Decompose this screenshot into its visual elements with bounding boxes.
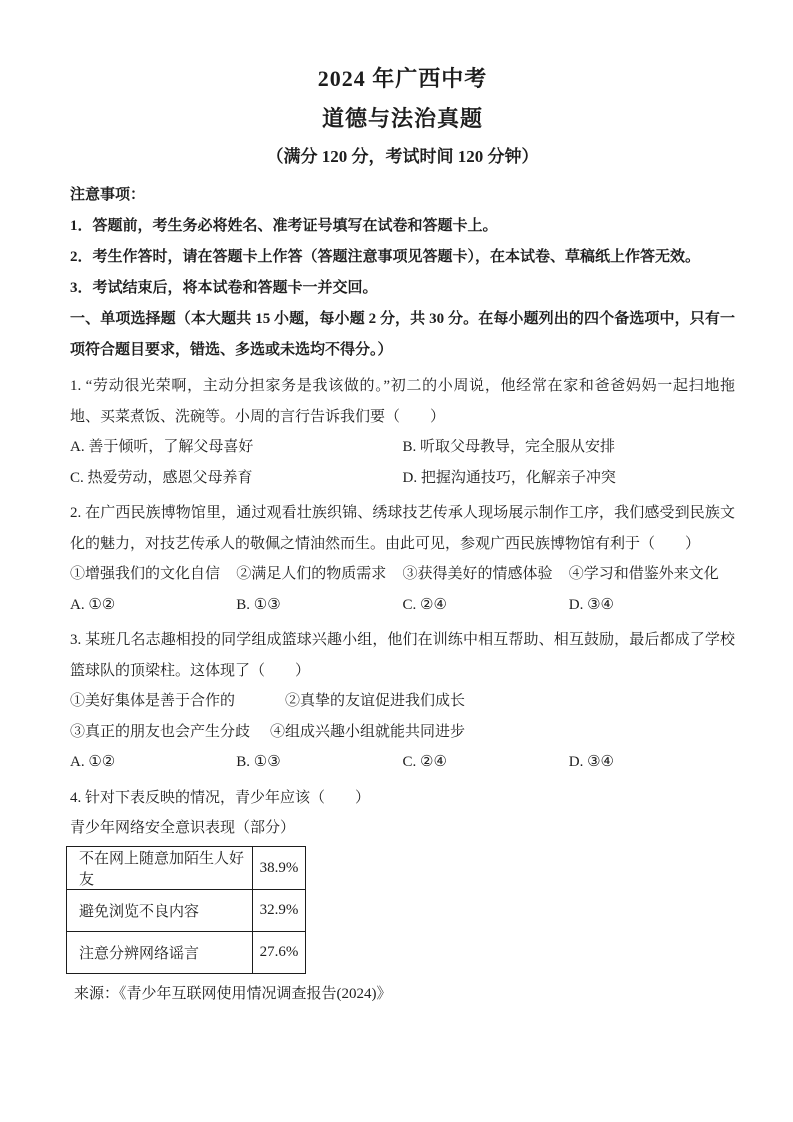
question-3-statements-row-1: ①美好集体是善于合作的 ②真挚的友谊促进我们成长 <box>70 686 735 717</box>
question-4: 4. 针对下表反映的情况，青少年应该（ ） 青少年网络安全意识表现（部分） 不在… <box>70 783 735 1011</box>
question-2-statement-3: ③获得美好的情感体验 <box>403 559 569 590</box>
question-3-option-b: B. ①③ <box>236 747 402 778</box>
exam-subtitle: （满分 120 分，考试时间 120 分钟） <box>70 146 735 168</box>
question-2-statement-2: ②满足人们的物质需求 <box>236 559 402 590</box>
row-value: 32.9% <box>253 890 306 932</box>
notice-heading: 注意事项： <box>70 180 735 211</box>
question-1-option-c: C. 热爱劳动，感恩父母养育 <box>70 463 403 494</box>
row-value: 38.9% <box>253 847 306 890</box>
question-1-stem: 1. “劳动很光荣啊，主动分担家务是我该做的。”初二的小周说，他经常在家和爸爸妈… <box>70 371 735 432</box>
question-1-options-row-cd: C. 热爱劳动，感恩父母养育 D. 把握沟通技巧，化解亲子冲突 <box>70 463 735 494</box>
question-3-statement-4: ④组成兴趣小组就能共同进步 <box>270 717 465 748</box>
question-2-option-d: D. ③④ <box>569 590 735 621</box>
notice-item-1: 1．答题前，考生务必将姓名、准考证号填写在试卷和答题卡上。 <box>70 211 735 242</box>
question-3-option-c: C. ②④ <box>403 747 569 778</box>
question-4-stem: 4. 针对下表反映的情况，青少年应该（ ） <box>70 783 735 814</box>
question-3-option-d: D. ③④ <box>569 747 735 778</box>
notice-item-2: 2．考生作答时，请在答题卡上作答（答题注意事项见答题卡），在本试卷、草稿纸上作答… <box>70 242 735 273</box>
question-2-option-a: A. ①② <box>70 590 236 621</box>
survey-table: 不在网上随意加陌生人好友 38.9% 避免浏览不良内容 32.9% 注意分辨网络… <box>66 846 306 974</box>
table-row: 注意分辨网络谣言 27.6% <box>67 932 306 974</box>
row-label: 不在网上随意加陌生人好友 <box>67 847 253 890</box>
question-2-statement-4: ④学习和借鉴外来文化 <box>569 559 735 590</box>
question-3-statement-2: ②真挚的友谊促进我们成长 <box>285 686 465 717</box>
table-row: 不在网上随意加陌生人好友 38.9% <box>67 847 306 890</box>
exam-title-line2: 道德与法治真题 <box>70 106 735 132</box>
question-2-stem: 2. 在广西民族博物馆里，通过观看壮族织锦、绣球技艺传承人现场展示制作工序，我们… <box>70 498 735 559</box>
survey-table-caption: 青少年网络安全意识表现（部分） <box>70 813 735 844</box>
question-1-options-row-ab: A. 善于倾听，了解父母喜好 B. 听取父母教导，完全服从安排 <box>70 432 735 463</box>
row-label: 避免浏览不良内容 <box>67 890 253 932</box>
question-2-options-row: A. ①② B. ①③ C. ②④ D. ③④ <box>70 590 735 621</box>
question-2-statements-row: ①增强我们的文化自信 ②满足人们的物质需求 ③获得美好的情感体验 ④学习和借鉴外… <box>70 559 735 590</box>
question-2-option-b: B. ①③ <box>236 590 402 621</box>
question-1-option-b: B. 听取父母教导，完全服从安排 <box>403 432 736 463</box>
table-row: 避免浏览不良内容 32.9% <box>67 890 306 932</box>
question-3-statements-row-2: ③真正的朋友也会产生分歧 ④组成兴趣小组就能共同进步 <box>70 717 735 748</box>
source-note: 来源：《青少年互联网使用情况调查报告(2024)》 <box>74 979 735 1010</box>
question-3-statement-3: ③真正的朋友也会产生分歧 <box>70 717 270 748</box>
row-value: 27.6% <box>253 932 306 974</box>
exam-title-line1: 2024 年广西中考 <box>70 66 735 92</box>
question-3: 3. 某班几名志趣相投的同学组成篮球兴趣小组，他们在训练中相互帮助、相互鼓励，最… <box>70 625 735 778</box>
question-1-option-a: A. 善于倾听，了解父母喜好 <box>70 432 403 463</box>
question-3-options-row: A. ①② B. ①③ C. ②④ D. ③④ <box>70 747 735 778</box>
question-2-option-c: C. ②④ <box>403 590 569 621</box>
question-3-option-a: A. ①② <box>70 747 236 778</box>
exam-paper-page: 2024 年广西中考 道德与法治真题 （满分 120 分，考试时间 120 分钟… <box>0 0 793 1122</box>
question-3-statement-1: ①美好集体是善于合作的 <box>70 686 285 717</box>
question-2: 2. 在广西民族博物馆里，通过观看壮族织锦、绣球技艺传承人现场展示制作工序，我们… <box>70 498 735 620</box>
question-3-stem: 3. 某班几名志趣相投的同学组成篮球兴趣小组，他们在训练中相互帮助、相互鼓励，最… <box>70 625 735 686</box>
section-heading: 一、单项选择题（本大题共 15 小题，每小题 2 分，共 30 分。在每小题列出… <box>70 304 735 366</box>
question-1-option-d: D. 把握沟通技巧，化解亲子冲突 <box>403 463 736 494</box>
question-2-statement-1: ①增强我们的文化自信 <box>70 559 236 590</box>
notice-item-3: 3．考试结束后，将本试卷和答题卡一并交回。 <box>70 273 735 304</box>
row-label: 注意分辨网络谣言 <box>67 932 253 974</box>
question-1: 1. “劳动很光荣啊，主动分担家务是我该做的。”初二的小周说，他经常在家和爸爸妈… <box>70 371 735 493</box>
